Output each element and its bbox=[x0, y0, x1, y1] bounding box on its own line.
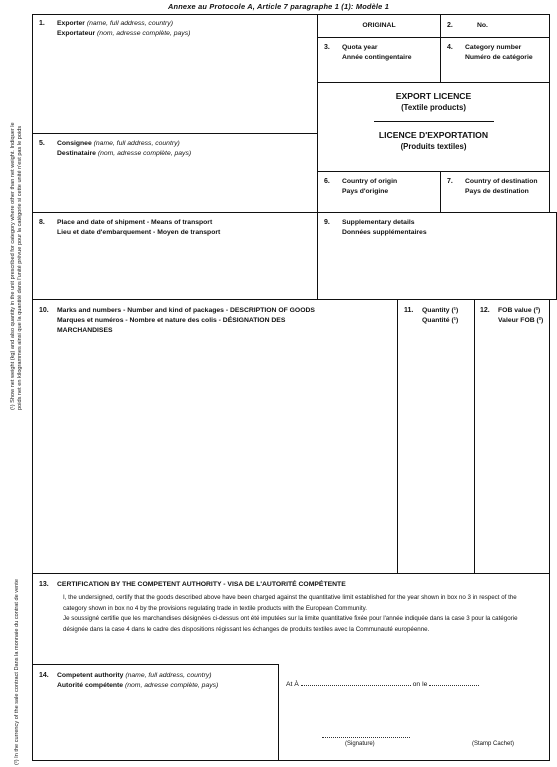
box-number: 9. bbox=[324, 218, 342, 228]
quantite-label: Quantité (¹) bbox=[404, 316, 474, 326]
exporter-label: Exporter bbox=[57, 20, 85, 27]
certification-text-en: I, the undersigned, certify that the goo… bbox=[63, 593, 537, 614]
shipment-label: Place and date of shipment - Means of tr… bbox=[57, 219, 212, 226]
box-number: 11. bbox=[404, 306, 422, 316]
certification-text-fr: Je soussigné certifie que les marchandis… bbox=[63, 614, 537, 635]
textile-products-subtitle: (Textile products) bbox=[318, 102, 549, 113]
certification-title: CERTIFICATION BY THE COMPETENT AUTHORITY… bbox=[57, 581, 346, 588]
consignee-label: Consignee bbox=[57, 140, 92, 147]
box-6-country-of-origin[interactable]: 6.Country of origin Pays d'origine bbox=[317, 171, 441, 213]
box-11-quantity[interactable]: 11.Quantity (¹) Quantité (¹) bbox=[397, 299, 475, 574]
competent-authority-label: Competent authority bbox=[57, 672, 123, 679]
exportateur-hint: (nom, adresse complète, pays) bbox=[97, 30, 190, 37]
margin-note-1: (¹) Show net weight (kg) and also quanti… bbox=[10, 122, 24, 410]
annee-contingentaire-label: Année contingentaire bbox=[324, 53, 440, 63]
box-number: 13. bbox=[39, 580, 57, 590]
pays-destination-label: Pays de destination bbox=[447, 187, 549, 197]
original-label: ORIGINAL bbox=[362, 21, 395, 31]
margin-note-2: (²) In the currency of the sale contract… bbox=[14, 579, 21, 765]
box-number: 6. bbox=[324, 177, 342, 187]
box-2-number[interactable]: 2.No. bbox=[440, 14, 550, 38]
box-number: 1. bbox=[39, 19, 57, 29]
quantity-label: Quantity (¹) bbox=[422, 307, 458, 314]
place-field[interactable] bbox=[301, 685, 411, 686]
box-1-exporter[interactable]: 1.Exporter (name, full address, country)… bbox=[32, 14, 318, 134]
signature-label: (Signature) bbox=[345, 741, 375, 747]
licence-exportation-title: LICENCE D'EXPORTATION bbox=[318, 130, 549, 141]
destinataire-label: Destinataire bbox=[57, 150, 96, 157]
box-number: 5. bbox=[39, 139, 57, 149]
licence-title-block: EXPORT LICENCE (Textile products) LICENC… bbox=[317, 82, 550, 172]
description-goods-label: Marks and numbers - Number and kind of p… bbox=[57, 307, 315, 314]
box-number: 3. bbox=[324, 43, 342, 53]
designation-label-line-2: MARCHANDISES bbox=[39, 326, 397, 336]
competent-authority-hint: (name, full address, country) bbox=[125, 672, 211, 679]
margin-note-1-line-2: poids net en kilogrammes ainsi que la qu… bbox=[17, 122, 24, 410]
box-number: 10. bbox=[39, 306, 57, 316]
box-number: 14. bbox=[39, 671, 57, 681]
quota-year-label: Quota year bbox=[342, 44, 378, 51]
numero-categorie-label: Numéro de catégorie bbox=[447, 53, 549, 63]
box-number: 12. bbox=[480, 306, 498, 316]
supplementary-details-label: Supplementary details bbox=[342, 219, 415, 226]
box-7-country-of-destination[interactable]: 7.Country of destination Pays de destina… bbox=[440, 171, 550, 213]
date-field[interactable] bbox=[429, 685, 479, 686]
margin-note-1-line-1: (¹) Show net weight (kg) and also quanti… bbox=[10, 122, 17, 410]
destinataire-hint: (nom, adresse complète, pays) bbox=[98, 150, 191, 157]
box-number: 7. bbox=[447, 177, 465, 187]
donnees-supplementaires-label: Données supplémentaires bbox=[324, 228, 556, 238]
box-8-place-date-shipment[interactable]: 8.Place and date of shipment - Means of … bbox=[32, 212, 318, 300]
category-number-label: Category number bbox=[465, 44, 521, 51]
box-9-supplementary-details[interactable]: 9.Supplementary details Données suppléme… bbox=[317, 212, 557, 300]
stamp-label: (Stamp Cachet) bbox=[472, 741, 514, 747]
original-box: ORIGINAL bbox=[317, 14, 441, 38]
designation-label-line-1: Marques et numéros - Nombre et nature de… bbox=[39, 316, 397, 326]
box-number: 8. bbox=[39, 218, 57, 228]
exporter-hint: (name, full address, country) bbox=[87, 20, 173, 27]
box-14-competent-authority[interactable]: 14.Competent authority (name, full addre… bbox=[32, 664, 279, 761]
place-date-line: At À on le bbox=[286, 680, 479, 690]
autorite-competente-hint: (nom, adresse complète, pays) bbox=[125, 682, 218, 689]
country-of-destination-label: Country of destination bbox=[465, 178, 538, 185]
box-number: 2. bbox=[447, 21, 477, 31]
title-divider bbox=[374, 121, 494, 122]
pays-origine-label: Pays d'origine bbox=[324, 187, 440, 197]
annex-title: Annexe au Protocole A, Article 7 paragra… bbox=[0, 2, 557, 11]
box-4-category-number[interactable]: 4.Category number Numéro de catégorie bbox=[440, 37, 550, 83]
box-3-quota-year[interactable]: 3.Quota year Année contingentaire bbox=[317, 37, 441, 83]
exportateur-label: Exportateur bbox=[57, 30, 95, 37]
country-of-origin-label: Country of origin bbox=[342, 178, 397, 185]
export-licence-title: EXPORT LICENCE bbox=[318, 91, 549, 102]
signature-line[interactable] bbox=[322, 737, 410, 738]
embarquement-label: Lieu et date d'embarquement - Moyen de t… bbox=[39, 228, 317, 238]
produits-textiles-subtitle: (Produits textiles) bbox=[318, 141, 549, 152]
box-10-description-of-goods[interactable]: 10.Marks and numbers - Number and kind o… bbox=[32, 299, 398, 574]
on-label: on le bbox=[413, 681, 428, 688]
consignee-hint: (name, full address, country) bbox=[94, 140, 180, 147]
no-label: No. bbox=[477, 22, 488, 29]
fob-value-label: FOB value (²) bbox=[498, 307, 540, 314]
at-label: At À bbox=[286, 681, 299, 688]
autorite-competente-label: Autorité compétente bbox=[57, 682, 123, 689]
box-12-fob-value[interactable]: 12.FOB value (²) Valeur FOB (²) bbox=[474, 299, 550, 574]
box-5-consignee[interactable]: 5.Consignee (name, full address, country… bbox=[32, 133, 318, 213]
valeur-fob-label: Valeur FOB (²) bbox=[480, 316, 549, 326]
box-number: 4. bbox=[447, 43, 465, 53]
